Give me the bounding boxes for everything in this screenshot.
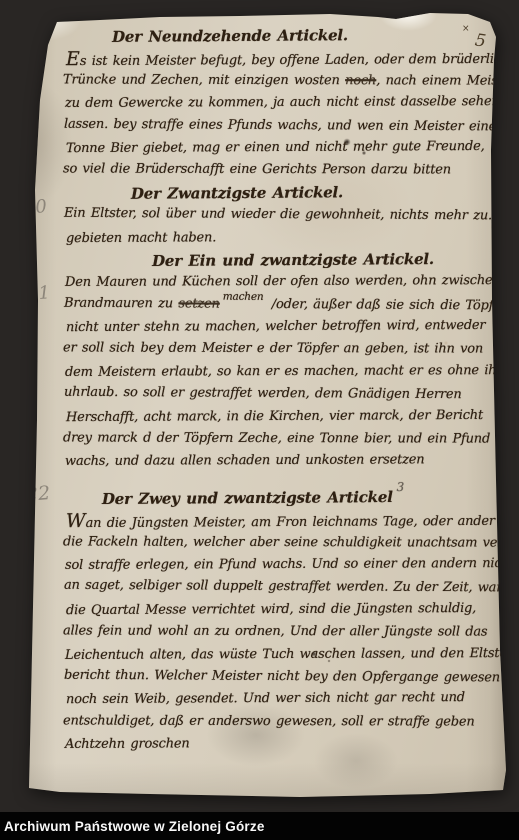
margin-pencil-number-19: 19: [27, 39, 48, 58]
manuscript-text-segment: die Quartal Messe verrichtet wird, sind …: [66, 601, 476, 618]
manuscript-line: die Quartal Messe verrichtet wird, sind …: [66, 598, 494, 623]
manuscript-line: die Fackeln halten, welcher aber seine s…: [63, 531, 491, 555]
manuscript-line: dem Meistern erlaubt, so kan er es mache…: [65, 360, 493, 384]
scan-viewport: × 5 19 20 21 22 Der Neundzehende Articke…: [0, 0, 519, 840]
manuscript-line: an saget, selbiger soll duppelt gestraff…: [64, 575, 492, 600]
manuscript-text: Der Neundzehende Artickel.Es ist kein Me…: [64, 25, 492, 756]
manuscript-line: uhrlaub. so soll er gestraffet werden, d…: [64, 382, 492, 407]
manuscript-text-segment: alles fein und wohl an zu ordnen, Und de…: [63, 624, 487, 640]
manuscript-text-segment: Tonne Bier giebet, mag er einen und nich…: [66, 139, 485, 156]
manuscript-text-segment: Der Ein und zwantzigste Artickel.: [152, 250, 434, 270]
manuscript-line: zu dem Gewercke zu kommen, ja auch nicht…: [65, 91, 493, 115]
manuscript-line: Leichentuch alten, das wüste Tuch wasche…: [65, 643, 493, 667]
article-heading: Der Zwantzigste Artickel.: [23, 180, 451, 205]
watermark-bar: Archiwum Państwowe w Zielonej Górze: [0, 812, 519, 840]
archive-watermark-text: Archiwum Państwowe w Zielonej Górze: [0, 819, 265, 834]
manuscript-text-segment: so viel die Brüderschafft eine Gerichts …: [63, 162, 451, 178]
manuscript-line: drey marck d der Töpfern Zeche, eine Ton…: [63, 427, 491, 451]
manuscript-text-segment: /oder, äußer daß sie sich die Töpfer: [266, 297, 506, 313]
paper-wrap: × 5 19 20 21 22 Der Neundzehende Articke…: [0, 0, 519, 815]
manuscript-line: wachs, und dazu allen schaden und unkost…: [65, 449, 493, 473]
manuscript-text-segment: uhrlaub. so soll er gestraffet werden, d…: [64, 385, 462, 402]
article-heading: Der Neundzehende Artickel.: [16, 24, 444, 49]
manuscript-line: entschuldiget, daß er anderswo gewesen, …: [63, 710, 491, 734]
manuscript-line: alles fein und wohl an zu ordnen, Und de…: [63, 621, 491, 645]
manuscript-line: Ein Eltster, sol über und wieder die gew…: [64, 203, 492, 228]
manuscript-text-segment: Es ist kein Meister befugt, bey offene L…: [66, 52, 519, 69]
manuscript-text-segment: gebieten macht haben.: [66, 230, 216, 246]
manuscript-text-segment: Leichentuch alten, das wüste Tuch wasche…: [65, 646, 515, 663]
manuscript-line: Den Mauren und Küchen soll der ofen also…: [65, 270, 493, 294]
manuscript-text-segment: Trüncke und Zechen, mit einzigen wosten: [63, 72, 345, 88]
manuscript-line: Herschafft, acht marck, in die Kirchen, …: [66, 405, 494, 430]
manuscript-text-segment: Brandmauren zu: [64, 295, 179, 311]
manuscript-text-segment: nicht unter stehn zu machen, welcher bet…: [66, 318, 486, 335]
manuscript-line: Brandmauren zu setzenmachen /oder, äußer…: [64, 292, 492, 317]
manuscript-text-segment: entschuldiget, daß er anderswo gewesen, …: [63, 713, 475, 729]
manuscript-text-segment: machen: [223, 290, 264, 302]
manuscript-text-segment: Den Mauren und Küchen soll der ofen also…: [65, 273, 501, 290]
article-heading: Der Zwey und zwantzigste Artickel3: [37, 480, 465, 505]
manuscript-text-segment: an saget, selbiger soll duppelt gestraff…: [64, 578, 504, 596]
manuscript-text-segment: sol straffe erlegen, ein Pfund wachs. Un…: [65, 556, 515, 573]
manuscript-line: Wan die Jüngsten Meister, am Fron leichn…: [66, 508, 494, 533]
manuscript-line: Achtzehn groschen: [65, 732, 493, 756]
manuscript-text-segment: , nach einem Meister: [376, 73, 516, 88]
margin-pencil-number-21: 21: [26, 282, 50, 305]
manuscript-text-segment: Der Zwey und zwantzigste Artickel: [102, 488, 393, 508]
manuscript-text-segment: drey marck d der Töpfern Zeche, eine Ton…: [63, 430, 490, 446]
manuscript-line: gebieten macht haben.: [66, 225, 494, 250]
manuscript-text-segment: die Fackeln halten, welcher aber seine s…: [63, 534, 519, 550]
manuscript-text-segment: setzen: [178, 296, 219, 311]
manuscript-line: er soll sich bey dem Meister e der Töpfe…: [63, 338, 491, 362]
manuscript-text-segment: er soll sich bey dem Meister e der Töpfe…: [63, 341, 483, 357]
manuscript-text-segment: Der Zwantzigste Artickel.: [131, 183, 343, 202]
manuscript-text-segment: wachs, und dazu allen schaden und unkost…: [65, 453, 424, 470]
manuscript-line: Tonne Bier giebet, mag er einen und nich…: [66, 136, 494, 161]
manuscript-line: bericht thun. Welcher Meister nicht bey …: [64, 665, 492, 690]
manuscript-line: Trüncke und Zechen, mit einzigen wosten …: [63, 69, 491, 93]
article-heading: Der Ein und zwantzigste Artickel.: [79, 247, 507, 272]
manuscript-line: sol straffe erlegen, ein Pfund wachs. Un…: [65, 553, 493, 577]
manuscript-line: so viel die Brüderschafft eine Gerichts …: [63, 159, 491, 183]
manuscript-text-segment: Achtzehn groschen: [65, 736, 190, 752]
manuscript-text-segment: Der Neundzehende Artickel.: [112, 26, 348, 46]
manuscript-text-segment: lassen. bey straffe eines Pfunds wachs, …: [64, 116, 496, 134]
manuscript-text-segment: noch sein Weib, gesendet. Und wer sich n…: [66, 690, 465, 707]
manuscript-line: lassen. bey straffe eines Pfunds wachs, …: [64, 113, 492, 138]
manuscript-text-segment: zu dem Gewercke zu kommen, ja auch nicht…: [65, 94, 519, 111]
manuscript-text-segment: Wan die Jüngsten Meister, am Fron leichn…: [66, 514, 519, 531]
manuscript-line: Es ist kein Meister befugt, bey offene L…: [66, 46, 494, 71]
manuscript-text-segment: dem Meistern erlaubt, so kan er es mache…: [65, 363, 518, 380]
manuscript-page: × 5 19 20 21 22 Der Neundzehende Articke…: [26, 13, 508, 797]
pencil-number-annotation: 3: [397, 480, 405, 494]
manuscript-line: nicht unter stehn zu machen, welcher bet…: [66, 315, 494, 340]
manuscript-text-segment: noch: [345, 73, 376, 88]
manuscript-text-segment: Herschafft, acht marck, in die Kirchen, …: [66, 408, 483, 425]
manuscript-text-segment: Ein Eltster, sol über und wieder die gew…: [64, 206, 492, 224]
manuscript-line: noch sein Weib, gesendet. Und wer sich n…: [66, 687, 494, 712]
manuscript-text-segment: bericht thun. Welcher Meister nicht bey …: [64, 668, 500, 686]
